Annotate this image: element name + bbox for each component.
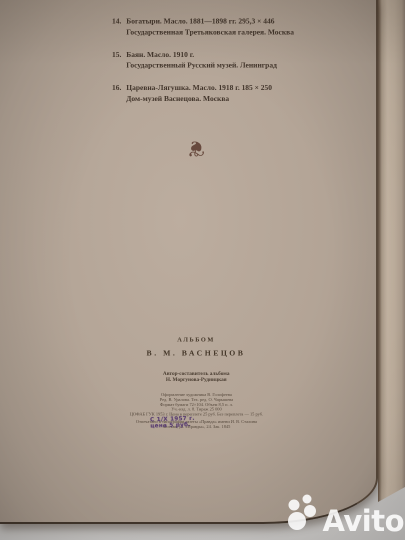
entry-title: Царевна-Лягушка. Масло. 1918 г. 185 × 25… <box>126 83 309 94</box>
list-item: 15. Баян. Масло. 1910 г. Государственный… <box>112 49 309 71</box>
entry-title: Баян. Масло. 1910 г. <box>126 49 309 60</box>
artist-name: В. М. ВАСНЕЦОВ <box>62 349 331 357</box>
fleuron-icon: ❦ <box>183 135 209 161</box>
colophon-block: АЛЬБОМ В. М. ВАСНЕЦОВ Автор-составитель … <box>4 336 388 459</box>
entry-location: Дом-музей Васнецова. Москва <box>126 94 309 105</box>
entry-number: 16. <box>112 83 121 94</box>
album-label: АЛЬБОМ <box>62 336 331 343</box>
list-item: 14. Богатыри. Масло. 1881—1898 гг. 295,3… <box>112 16 309 38</box>
listing-photo: 14. Богатыри. Масло. 1881—1898 гг. 295,3… <box>0 0 405 540</box>
entry-number: 15. <box>112 49 121 60</box>
entry-location: Государственный Русский музей. Ленинград <box>126 60 309 71</box>
list-item: 16. Царевна-Лягушка. Масло. 1918 г. 185 … <box>112 83 309 105</box>
entry-number: 14. <box>112 16 121 27</box>
plate-list: 14. Богатыри. Масло. 1881—1898 гг. 295,3… <box>112 16 309 116</box>
entry-title: Богатыри. Масло. 1881—1898 гг. 295,3 × 4… <box>126 16 309 27</box>
entry-location: Государственная Третьяковская галерея. М… <box>126 27 309 38</box>
price-stamp: С 1/X 1957 г. цена 5 руб. <box>150 415 219 430</box>
book-page: 14. Богатыри. Масло. 1881—1898 гг. 295,3… <box>0 0 378 524</box>
author-credit-line: Н. Моргунова-Рудницкая <box>6 376 387 382</box>
author-credit: Автор-составитель альбома Н. Моргунова-Р… <box>6 370 387 382</box>
